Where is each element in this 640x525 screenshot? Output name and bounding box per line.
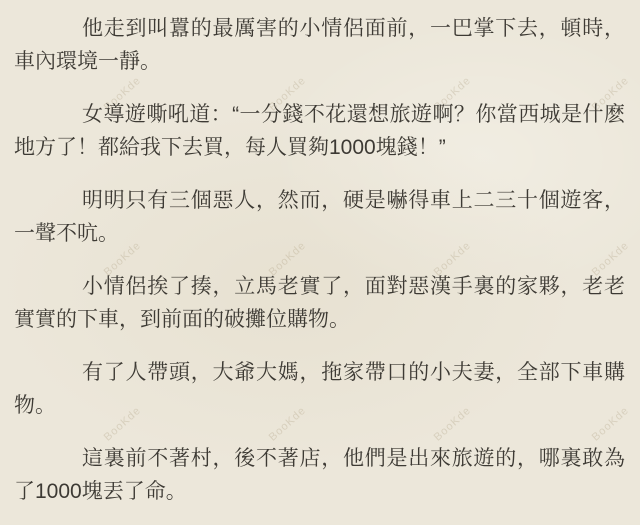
novel-reader-page: BooKdeBooKdeBooKdeBooKdeBooKdeBooKdeBooK… — [0, 0, 640, 525]
novel-paragraph: 女導遊嘶吼道：“一分錢不花還想旅遊啊？你當西城是什麽地方了！都給我下去買，每人買… — [14, 98, 625, 164]
novel-paragraph: 明明只有三個惡人，然而，硬是嚇得車上二三十個遊客，一聲不吭。 — [14, 184, 625, 250]
novel-paragraph: 有了人帶頭，大爺大媽，拖家帶口的小夫妻，全部下車購物。 — [14, 356, 625, 422]
novel-paragraph: 小情侶挨了揍，立馬老實了，面對惡漢手裏的家夥，老老實實的下車，到前面的破攤位購物… — [14, 270, 625, 336]
novel-paragraph: 他走到叫囂的最厲害的小情侶面前，一巴掌下去，頓時，車內環境一靜。 — [14, 12, 625, 78]
novel-paragraph: 這裏前不著村，後不著店，他們是出來旅遊的，哪裏敢為了1000塊丟了命。 — [14, 442, 625, 508]
novel-text-content: 他走到叫囂的最厲害的小情侶面前，一巴掌下去，頓時，車內環境一靜。 女導遊嘶吼道：… — [0, 0, 640, 508]
